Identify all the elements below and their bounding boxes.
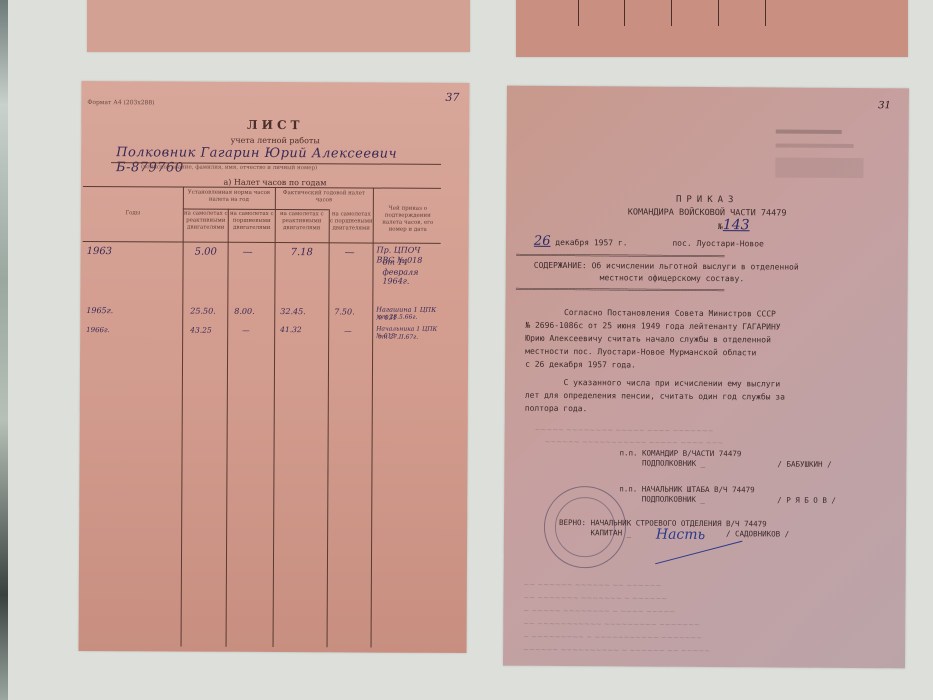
cell-actual-piston: — [344,326,352,335]
table-rule [718,0,719,26]
table-rule [327,209,330,647]
table-rule [671,0,672,26]
signature-block-chief-of-staff: п.п. НАЧАЛЬНИК ШТАБА В/Ч 74479 ПОДПОЛКОВ… [619,484,836,506]
faded-handwriting-bleed: ~~~~~~ ~~~~~~~~~~~ ~~~~~ ~~~~ ~~~ [545,438,724,447]
table-rule [226,209,229,647]
cell-year: 1965г. [86,306,113,316]
header-norm-jet: на самолетах с реактивными двигателями [184,211,228,233]
cell-actual-jet: 41.32 [280,325,302,334]
document-title: ЛИСТ [81,117,469,133]
content-text-2: местности офицерскому составу. [600,273,745,283]
cell-year: 1966г. [86,326,110,334]
table-rule [181,187,184,647]
cell-norm-jet: 5.00 [195,247,217,258]
partial-document-top-right [516,0,908,57]
order-place: пос. Луостари-Новое [672,239,764,249]
order-subtitle: КОМАНДИРА ВОЙСКОВОЙ ЧАСТИ 74479 [506,207,908,220]
handwritten-name: Полковник Гагарин Юрий Алексеевич Б-8797… [116,145,469,177]
faded-handwriting-bleed: ~~~~~ ~~~~~~~~ ~~~~~ ~~~~ ~~~~~~~ [535,426,714,435]
order-number: №143 [718,217,750,233]
cell-actual-jet: 7.18 [291,247,313,258]
cell-order-line2: от 27.II.67г. [378,334,418,341]
header-norm-piston: на самолетах с поршневыми двигателями [229,211,275,233]
faded-handwriting-bleed: ~~~~~~ ~~~~~~~~~~ ~ ~~~~~~ ~~ ~~~~~ [523,646,710,655]
signature-block-commander: п.п. КОМАНДИР В/ЧАСТИ 74479 ПОДПОЛКОВНИК… [619,448,831,469]
cell-order-line2: от 14 февраля 1964г. [382,258,440,287]
cell-year: 1963 [87,246,113,257]
table-rule [578,0,579,26]
flight-record-sheet: Формат А4 (203x288) 37 ЛИСТ учета летной… [79,81,470,653]
order-date-line: 26 декабря 1957 г. пос. Луостари-Новое [534,234,764,251]
faded-handwriting-bleed: ~~ ~~~~~~~~~~~ ~~~~~~~~~ ~~~~~~~ [523,620,700,629]
cell-norm-jet: 25.50. [190,307,216,317]
handwritten-order-number: 143 [723,217,750,233]
handwritten-signature: Насть [656,527,705,543]
cell-norm-piston: 8.00. [234,307,254,317]
cell-actual-piston: 7.50. [334,307,354,317]
cell-norm-piston: — [242,326,250,335]
cell-norm-piston: — [243,247,253,258]
header-norm-group: Установленная норма часов налета на год [185,190,273,205]
content-label: СОДЕРЖАНИЕ: [534,261,587,270]
content-text-1: Об исчислении льготной выслуги в отделен… [592,261,799,271]
table-rule [371,188,374,648]
faded-stamp-block [775,127,863,183]
cell-actual-piston: — [345,247,355,258]
table-rule [765,0,766,26]
name-caption: (воинское звание, фамилия, имя, отчество… [141,164,317,171]
cell-actual-jet: 32.45. [280,307,306,317]
table-rule [624,0,625,26]
order-date: декабря 1957 г. [555,238,627,248]
faded-handwriting-bleed: ~~ ~~~~~~~ ~~~~~~~ ~ ~~~~~~ [523,594,667,603]
faded-handwriting-bleed: ~ ~~~~~~~~~ ~ ~~~~~~~~~~~ ~~~~~~~ [523,633,702,642]
table-rule [273,187,276,647]
wall-edge-background [0,0,8,700]
order-document: 31 ПРИКАЗ КОМАНДИРА ВОЙСКОВОЙ ЧАСТИ 7447… [503,86,909,669]
order-paragraph-2: С указанного числа при исчислении ему вы… [525,376,895,418]
header-actual-piston: на самолетах с поршневыми двигателями [330,211,373,233]
signature-stroke [655,541,742,565]
cell-norm-jet: 43.25 [190,326,212,335]
handwritten-day: 26 [534,234,551,249]
faded-handwriting-bleed: ~ ~~~~~ ~~~~~~~~ ~ ~~~~ ~~~~~ [523,607,675,616]
header-order: Чей приказ о подтверждении налета часов,… [375,206,441,235]
cell-order-line2: от 28.5.66г. [378,314,417,321]
format-label: Формат А4 (203x288) [87,99,154,106]
header-actual-group: Фактический годовой налет часов [277,190,371,205]
faded-handwriting-bleed: ~~ ~~~~~~ ~~~~~~ ~~ ~~~~~~ [524,581,662,590]
order-content: СОДЕРЖАНИЕ: Об исчислении льготной выслу… [534,260,894,287]
page-number: 31 [878,100,891,111]
page-number: 37 [445,91,459,104]
table-rule [83,241,441,244]
header-years: Годы [83,210,183,218]
order-title: ПРИКАЗ [506,194,908,207]
flight-hours-table: Годы Установленная норма часов налета на… [81,186,441,648]
separator-line: ========================================… [516,286,901,296]
header-actual-jet: на самолетах с реактивными двигателями [276,211,328,233]
order-paragraph-1: Согласно Постановления Совета Министров … [525,306,895,374]
partial-document-top-left [87,0,470,52]
